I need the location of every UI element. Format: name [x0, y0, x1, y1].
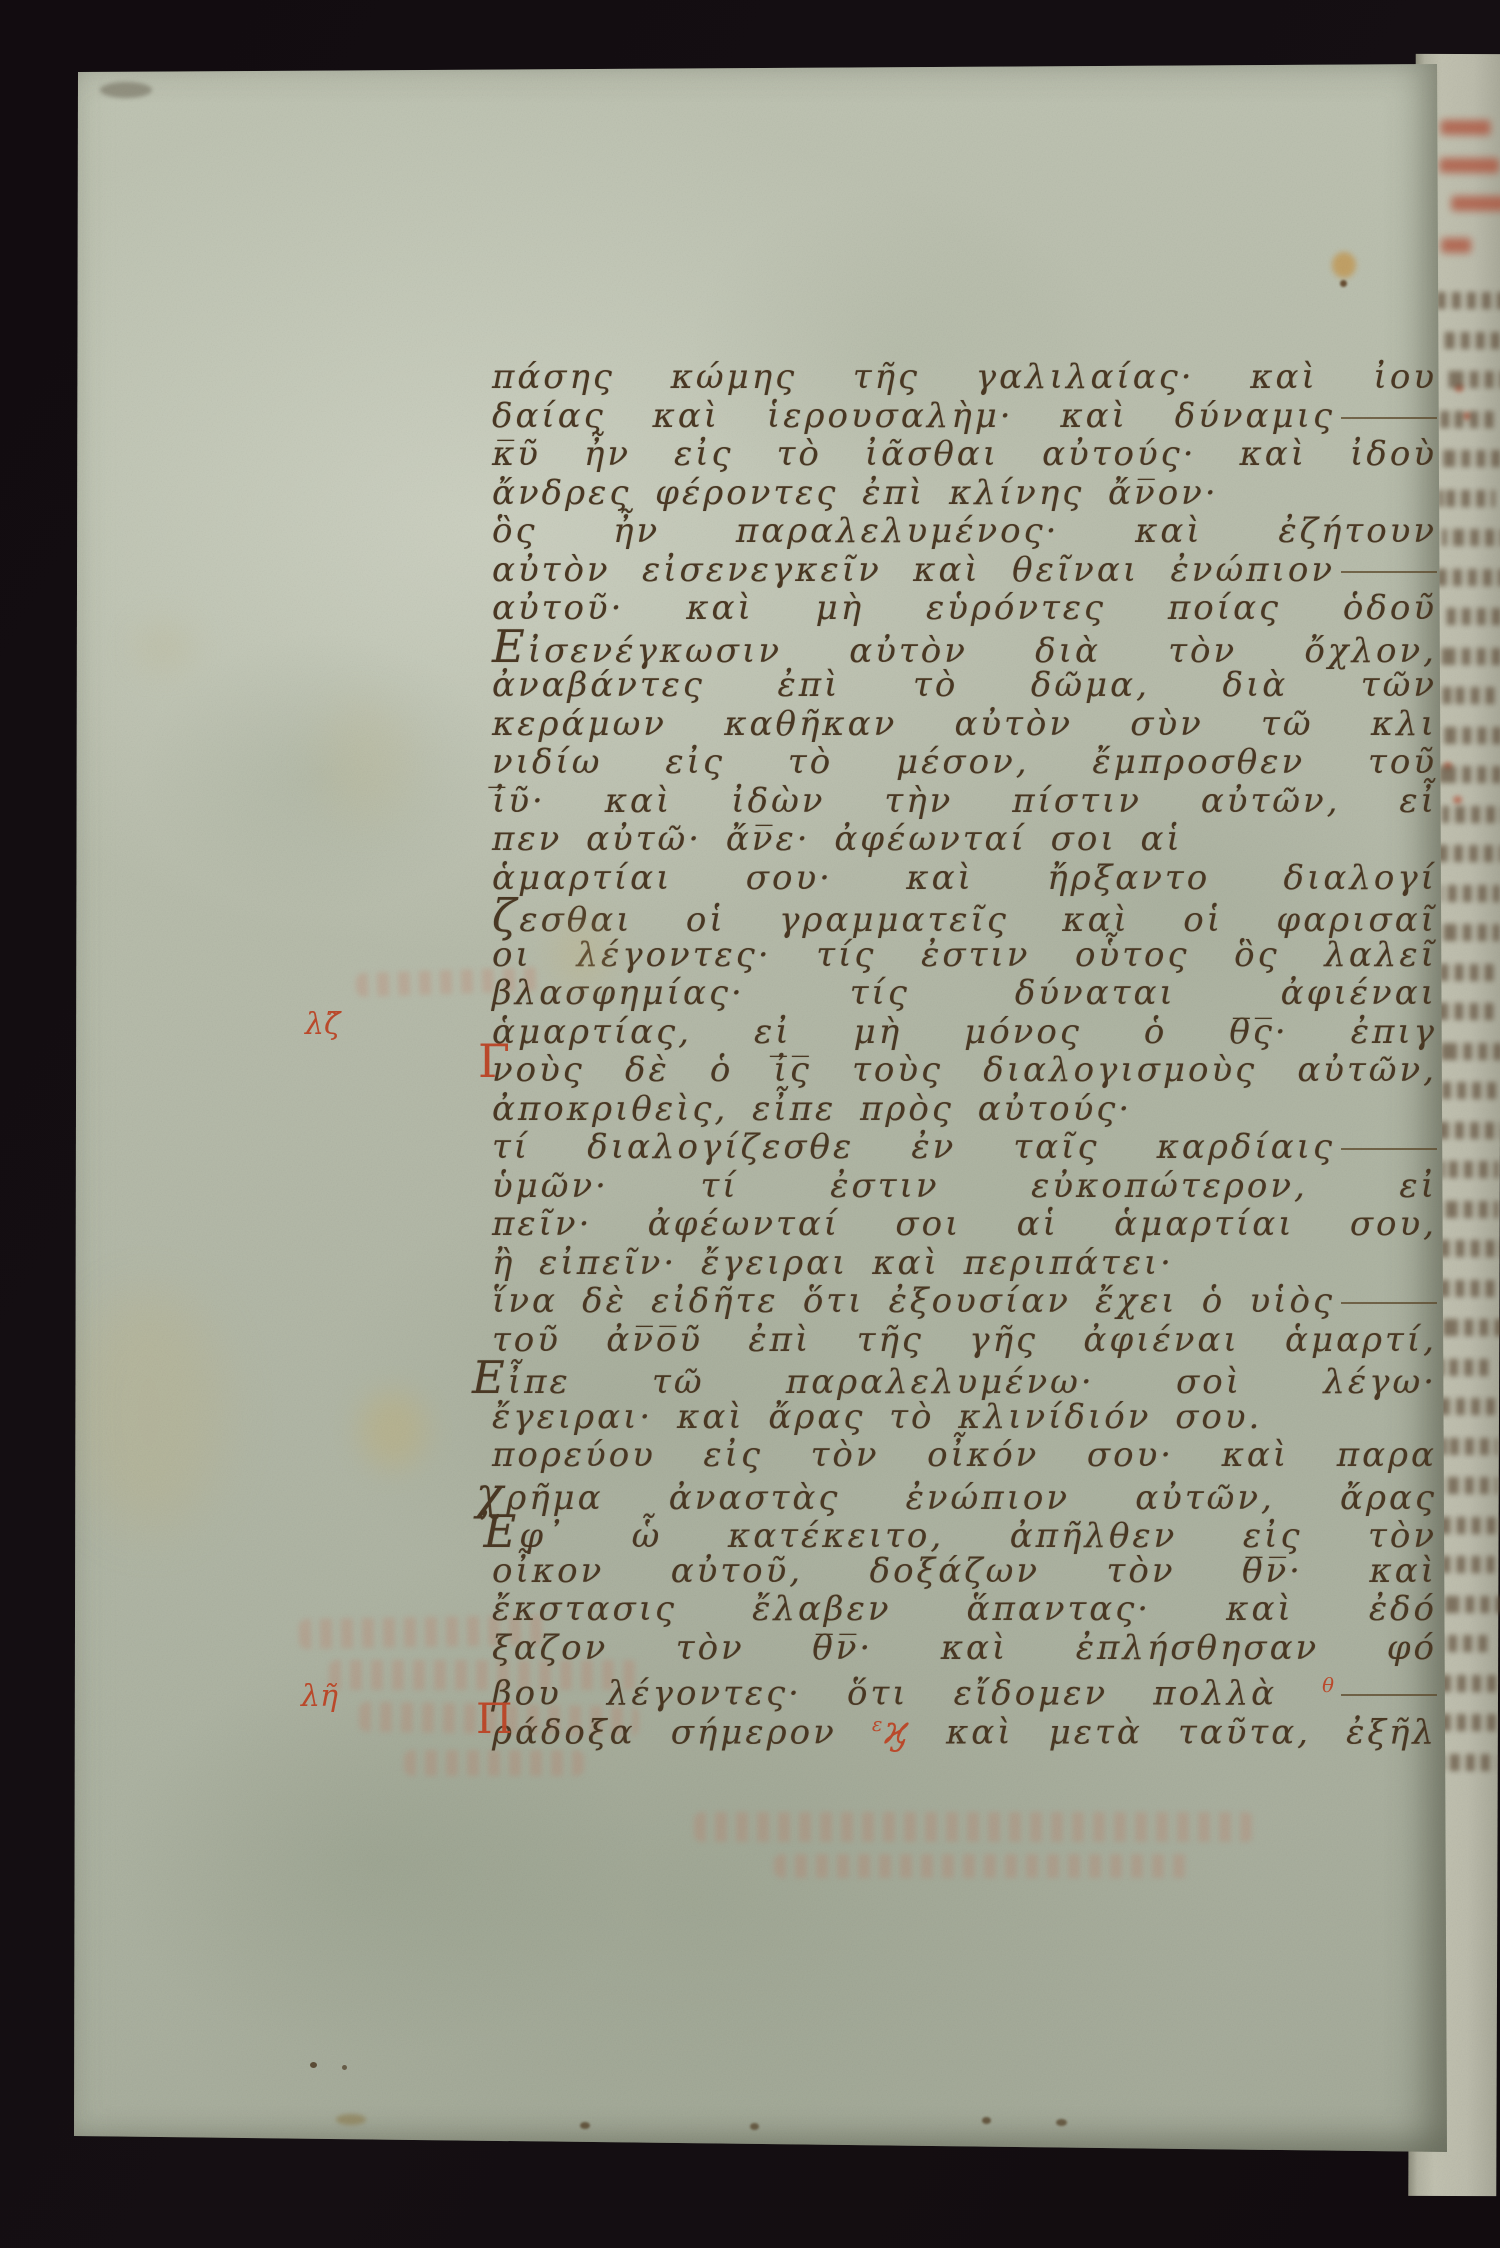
line-filler-stroke [1341, 571, 1437, 573]
fore-edge-text-row [1443, 726, 1500, 743]
fore-edge-text-row [1438, 1595, 1500, 1612]
ink-text: ὑμῶν· τί ἐστιν εὐκοπώτερον, εἰ [492, 1166, 1437, 1206]
fore-edge-text-row [1438, 1319, 1500, 1336]
manuscript-text-line: ἁμαρτίαι σου· καὶ ἤρξαντο διαλογί [492, 859, 1437, 898]
fore-edge-text-row [1440, 1516, 1500, 1533]
manuscript-text-line: πάσης κώμης τῆς γαλιλαίας· καὶ ἰου [492, 358, 1437, 397]
fore-edge-text-row [1436, 1477, 1498, 1494]
bleed-through-text [404, 1750, 584, 1776]
manuscript-text-line: νιδίω εἰς τὸ μέσον, ἔμπροσθεν τοῦ [492, 743, 1437, 782]
line-filler-stroke [1341, 1694, 1437, 1696]
ink-text: πεῖν· ἀφέωνταί σοι αἱ ἁμαρτίαι σου, [492, 1204, 1437, 1244]
fore-edge-text-row [1438, 1042, 1500, 1059]
manuscript-text-line: ὃς ἦν παραλελυμένος· καὶ ἐζήτουν [492, 512, 1437, 551]
manuscript-text-line: ἰ̅ῦ· καὶ ἰδὼν τὴν πίστιν αὐτῶν, εἶ [492, 782, 1437, 821]
fore-edge-text-row [1438, 766, 1500, 783]
ink-text: ἁμαρτίαι σου· καὶ ἤρξαντο διαλογί [492, 858, 1437, 898]
fore-edge-rubric-row [1441, 238, 1471, 253]
manuscript-text-line: αὐτοῦ· καὶ μὴ εὑρόντες ποίας ὁδοῦ [492, 589, 1437, 628]
fore-edge-text-row [1441, 1161, 1499, 1178]
text-block: πάσης κώμης τῆς γαλιλαίας· καὶ ἰουδαίας … [492, 358, 1437, 1744]
manuscript-text-line: Εἶπε τῶ παραλελυμένω· σοὶ λέγω· [472, 1359, 1437, 1398]
ink-stain [982, 2117, 991, 2124]
manuscript-text-line: τί διαλογίζεσθε ἐν ταῖς καρδίαις [492, 1128, 1437, 1167]
fore-edge-text-row [1437, 1674, 1500, 1691]
fore-edge-text-row [1439, 687, 1497, 704]
ink-stain [360, 1392, 426, 1468]
fore-edge-text-row [1442, 529, 1500, 546]
ink-text: οι λέγοντες· τίς ἐστιν οὗτος ὃς λαλεῖ [492, 935, 1437, 975]
ink-text: ἁμαρτίας, εἰ μὴ μόνος ὁ θ̅ς̅· ἐπιγ [492, 1012, 1437, 1052]
manuscript-text-line: ἵνα δὲ εἰδῆτε ὅτι ἐξουσίαν ἔχει ὁ υἱὸς [492, 1282, 1437, 1321]
manuscript-text-line: ὑμῶν· τί ἐστιν εὐκοπώτερον, εἰ [492, 1167, 1437, 1206]
ink-stain [74, 1292, 224, 1532]
ink-stain [320, 702, 410, 822]
ink-text: χρῆμα ἀναστὰς ἐνώπιον αὐτῶν, ἄρας [476, 1478, 1437, 1518]
ink-text: ἄνδρες φέροντες ἐπὶ κλίνης ἄν̅ον· [492, 473, 1219, 513]
ink-stain [134, 622, 194, 672]
manuscript-text-line: οἶκον αὐτοῦ, δοξάζων τὸν θ̅ν̅· καὶ [492, 1552, 1437, 1591]
ink-text: ἀποκριθεὶς, εἶπε πρὸς αὐτούς· [492, 1089, 1132, 1129]
ink-text: πεν αὐτῶ· ἄν̅ε· ἀφέωνταί σοι αἱ [492, 819, 1183, 859]
manuscript-text-line: ἔγειραι· καὶ ἄρας τὸ κλινίδιόν σου. [492, 1398, 1437, 1437]
ink-text: νιδίω εἰς τὸ μέσον, ἔμπροσθεν τοῦ [492, 742, 1437, 782]
fore-edge-text-row [1434, 1279, 1495, 1296]
fore-edge-text-row [1438, 489, 1495, 506]
ink-text: ὃς ἦν παραλελυμένος· καὶ ἐζήτουν [492, 511, 1437, 551]
fore-edge-text-row [1441, 608, 1500, 625]
ink-stain [310, 2062, 317, 2068]
ink-text: νοὺς δὲ ὁ ἰ̅ς̅ τοὺς διαλογισμοὺς αὐτῶν, [492, 1050, 1437, 1090]
manuscript-text-line: κεράμων καθῆκαν αὐτὸν σὺν τῶ κλι [492, 705, 1437, 744]
ink-stain [336, 2114, 366, 2125]
fore-edge-text-row [1441, 331, 1500, 348]
fore-edge-text-row [1436, 1200, 1499, 1217]
ink-text: πάσης κώμης τῆς γαλιλαίας· καὶ ἰου [492, 357, 1437, 397]
line-filler-stroke [1341, 1302, 1437, 1304]
ink-text: δαίας καὶ ἱερουσαλὴμ· καὶ δύναμις [492, 396, 1335, 436]
ink-stain [750, 2123, 759, 2130]
manuscript-text-line: βου λέγοντες· ὅτι εἴδομεν πολλὰ θ [492, 1667, 1437, 1706]
manuscript-text-line: ἀναβάντες ἐπὶ τὸ δῶμα, διὰ τῶν [492, 666, 1437, 705]
fore-edge-text-row [1441, 884, 1500, 901]
manuscript-text-line: αὐτὸν εἰσενεγκεῖν καὶ θεῖναι ἐνώπιον [492, 551, 1437, 590]
manuscript-text-line: ἄνδρες φέροντες ἐπὶ κλίνης ἄν̅ον· [492, 474, 1437, 513]
fore-edge-text-row [1440, 1240, 1500, 1257]
fore-edge-rubric-row [1440, 120, 1490, 135]
ink-stain [580, 2122, 590, 2129]
manuscript-text-line: κ̅ῦ ἦν εἰς τὸ ἰᾶσθαι αὐτούς· καὶ ἰδοὺ [492, 435, 1437, 474]
fore-edge-rubric-dot [1453, 796, 1462, 804]
manuscript-text-line: νοὺς δὲ ὁ ἰ̅ς̅ τοὺς διαλογισμοὺς αὐτῶν, [492, 1051, 1437, 1090]
fore-edge-text-row [1442, 1082, 1500, 1099]
manuscript-text-line: πορεύου εἰς τὸν οἶκόν σου· καὶ παρα [492, 1436, 1437, 1475]
fore-edge-text-row [1437, 845, 1500, 862]
ink-text: βλασφημίας· τίς δύναται ἀφιέναι [492, 973, 1437, 1013]
fore-edge-text-row [1437, 292, 1500, 309]
line-filler-stroke [1341, 417, 1437, 419]
ink-text: αὐτοῦ· καὶ μὴ εὑρόντες ποίας ὁδοῦ [492, 588, 1437, 628]
ink-text: τί διαλογίζεσθε ἐν ταῖς καρδίαις [492, 1127, 1335, 1167]
ink-text: αὐτὸν εἰσενεγκεῖν καὶ θεῖναι ἐνώπιον [492, 550, 1335, 590]
fore-edge-text-row [1440, 963, 1497, 980]
ink-text: κεράμων καθῆκαν αὐτὸν σὺν τῶ κλι [492, 704, 1437, 744]
fore-edge-text-row [1436, 647, 1500, 664]
manuscript-text-line: ξαζον τὸν θ̅ν̅· καὶ ἐπλήσθησαν φό [492, 1629, 1437, 1668]
rubric-mark: θ [1322, 1674, 1335, 1697]
ink-stain [552, 918, 612, 988]
margin-section-numeral: λζ̃ [305, 1010, 340, 1040]
margin-section-numeral: Γ [478, 1038, 510, 1084]
rubric-mark: ϗ [883, 1708, 910, 1753]
fore-edge-text-row [1437, 568, 1500, 585]
ink-text: οἶκον αὐτοῦ, δοξάζων τὸν θ̅ν̅· καὶ [492, 1551, 1437, 1591]
fore-edge-text-row [1443, 450, 1500, 467]
manuscript-text-line: οι λέγοντες· τίς ἐστιν οὗτος ὃς λαλεῖ [492, 936, 1437, 975]
fore-edge-text-row [1439, 410, 1498, 427]
manuscript-text-line: βλασφημίας· τίς δύναται ἀφιέναι [492, 974, 1437, 1013]
manuscript-text-line: Εἰσενέγκωσιν αὐτὸν διὰ τὸν ὄχλον, [492, 628, 1437, 667]
manuscript-text-line: ράδοξα σήμερον εϗ καὶ μετὰ ταῦτα, ἐξῆλ [492, 1706, 1437, 1745]
ink-stain [1340, 280, 1347, 287]
manuscript-text-line: ἀποκριθεὶς, εἶπε πρὸς αὐτούς· [492, 1090, 1437, 1129]
ink-text: τοῦ ἀν̅ο̅ῦ ἐπὶ τῆς γῆς ἀφιέναι ἁμαρτί, [492, 1320, 1437, 1360]
ink-stain [1056, 2119, 1067, 2126]
line-filler-stroke [1341, 1148, 1437, 1150]
margin-section-numeral: Π [476, 1698, 513, 1740]
ink-text: καὶ μετὰ ταῦτα, ἐξῆλ [911, 1712, 1437, 1752]
ink-text: κ̅ῦ ἦν εἰς τὸ ἰᾶσθαι αὐτούς· καὶ ἰδοὺ [492, 434, 1437, 474]
manuscript-text-line: ἢ εἰπεῖν· ἔγειραι καὶ περιπάτει· [492, 1244, 1437, 1283]
ink-text: ἔκστασις ἔλαβεν ἅπαντας· καὶ ἐδό [492, 1589, 1437, 1629]
manuscript-photograph: πάσης κώμης τῆς γαλιλαίας· καὶ ἰουδαίας … [0, 0, 1500, 2248]
ink-stain [100, 82, 152, 98]
bleed-through-text [774, 1854, 1194, 1878]
ink-text: ξαζον τὸν θ̅ν̅· καὶ ἐπλήσθησαν φό [492, 1628, 1437, 1668]
fore-edge-text-row [1437, 1121, 1500, 1138]
manuscript-text-line: ἔκστασις ἔλαβεν ἅπαντας· καὶ ἐδό [492, 1590, 1437, 1629]
manuscript-page: πάσης κώμης τῆς γαλιλαίας· καὶ ἰουδαίας … [74, 62, 1448, 2154]
manuscript-text-line: δαίας καὶ ἱερουσαλὴμ· καὶ δύναμις [492, 397, 1437, 436]
fore-edge-text-row [1437, 1398, 1500, 1415]
rubric-mark: ε [872, 1713, 884, 1736]
manuscript-text-line: ἁμαρτίας, εἰ μὴ μόνος ὁ θ̅ς̅· ἐπιγ [492, 1013, 1437, 1052]
fore-edge-text-row [1441, 1437, 1498, 1454]
manuscript-text-line: Ἐφ᾽ ὧ κατέκειτο, ἀπῆλθεν εἰς τὸν [478, 1513, 1437, 1552]
fore-edge-text-row [1442, 805, 1500, 822]
margin-section-numeral: λη̃ [301, 1682, 338, 1712]
manuscript-text-line: πεῖν· ἀφέωνταί σοι αἱ ἁμαρτίαι σου, [492, 1205, 1437, 1244]
ink-text: ἰ̅ῦ· καὶ ἰδὼν τὴν πίστιν αὐτῶν, εἶ [492, 781, 1437, 821]
manuscript-text-line: ζεσθαι οἱ γραμματεῖς καὶ οἱ φαρισαῖ [492, 897, 1437, 936]
fore-edge-rubric-row [1451, 196, 1500, 211]
manuscript-text-line: χρῆμα ἀναστὰς ἐνώπιον αὐτῶν, ἄρας [476, 1475, 1437, 1514]
fore-edge-text-row [1434, 1003, 1496, 1020]
ink-text: ἵνα δὲ εἰδῆτε ὅτι ἐξουσίαν ἔχει ὁ υἱὸς [492, 1281, 1335, 1321]
manuscript-text-line: πεν αὐτῶ· ἄν̅ε· ἀφέωνταί σοι αἱ [492, 820, 1437, 859]
ink-stain [342, 2065, 347, 2070]
fore-edge-text-row [1436, 924, 1500, 941]
ink-stain [1332, 252, 1356, 278]
ink-text: ἔγειραι· καὶ ἄρας τὸ κλινίδιόν σου. [492, 1397, 1262, 1437]
ink-text: ἀναβάντες ἐπὶ τὸ δῶμα, διὰ τῶν [492, 665, 1437, 705]
fore-edge-text-row [1445, 371, 1500, 388]
ink-text: ἢ εἰπεῖν· ἔγειραι καὶ περιπάτει· [492, 1243, 1174, 1283]
ink-text: ράδοξα σήμερον [492, 1712, 872, 1752]
fore-edge-rubric-row [1439, 158, 1499, 173]
ink-text: πορεύου εἰς τὸν οἶκόν σου· καὶ παρα [492, 1435, 1437, 1475]
manuscript-text-line: τοῦ ἀν̅ο̅ῦ ἐπὶ τῆς γῆς ἀφιέναι ἁμαρτί, [492, 1321, 1437, 1360]
bleed-through-text [694, 1812, 1254, 1842]
